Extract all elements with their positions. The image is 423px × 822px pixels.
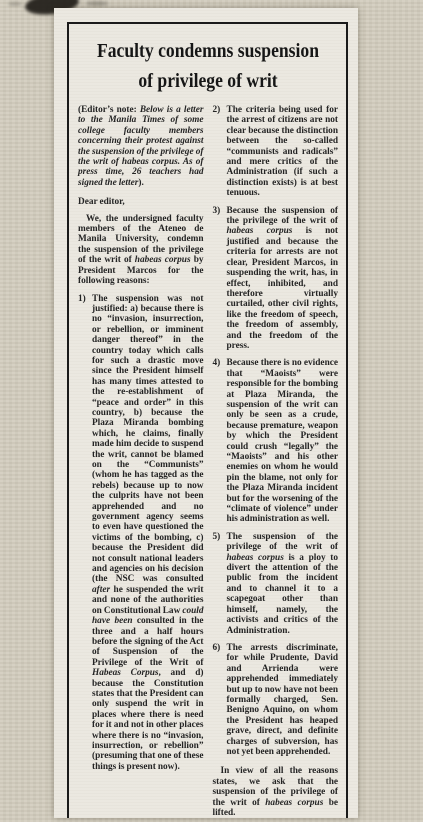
item-number: 6) bbox=[213, 643, 227, 757]
left-column: (Editor’s note: Below is a letter to the… bbox=[78, 105, 204, 818]
scan-background: Faculty condemns suspension of privilege… bbox=[0, 0, 423, 822]
article-columns: (Editor’s note: Below is a letter to the… bbox=[78, 105, 338, 818]
editor-note: (Editor’s note: Below is a letter to the… bbox=[78, 105, 204, 188]
article-border-box: Faculty condemns suspension of privilege… bbox=[67, 22, 348, 818]
item-number: 1) bbox=[78, 294, 92, 773]
intro-paragraph: We, the undersigned faculty members of t… bbox=[78, 214, 204, 287]
item-text: The suspension was not justified: a) bec… bbox=[92, 294, 204, 773]
headline-line-1: Faculty condemns suspension bbox=[94, 36, 323, 66]
item-number: 4) bbox=[213, 358, 227, 525]
article-headline: Faculty condemns suspension of privilege… bbox=[78, 36, 338, 96]
item-text: The arrests discriminate, for while Prud… bbox=[227, 643, 339, 757]
list-item: 2) The criteria being used for the arres… bbox=[213, 105, 339, 199]
right-column: 2) The criteria being used for the arres… bbox=[213, 105, 339, 818]
newspaper-clipping: Faculty condemns suspension of privilege… bbox=[54, 8, 358, 818]
list-item: 4) Because there is no evidence that “Ma… bbox=[213, 358, 339, 525]
item-number: 3) bbox=[213, 206, 227, 352]
list-item: 3) Because the suspension of the privile… bbox=[213, 206, 339, 352]
list-item: 1) The suspension was not justified: a) … bbox=[78, 294, 204, 773]
item-text: The criteria being used for the arrest o… bbox=[227, 105, 339, 199]
item-text: Because there is no evidence that “Maois… bbox=[227, 358, 339, 525]
ink-smudge bbox=[86, 1, 108, 6]
list-item: 5) The suspension of the privilege of th… bbox=[213, 532, 339, 636]
item-text: Because the suspension of the privilege … bbox=[227, 206, 339, 352]
ink-smudge bbox=[8, 2, 22, 6]
list-item: 6) The arrests discriminate, for while P… bbox=[213, 643, 339, 757]
item-text: The suspension of the privilege of the w… bbox=[227, 532, 339, 636]
closing-paragraph: In view of all the reasons states, we as… bbox=[213, 766, 339, 818]
item-number: 2) bbox=[213, 105, 227, 199]
headline-line-2: of privilege of writ bbox=[94, 66, 323, 96]
item-number: 5) bbox=[213, 532, 227, 636]
salutation: Dear editor, bbox=[78, 197, 204, 207]
